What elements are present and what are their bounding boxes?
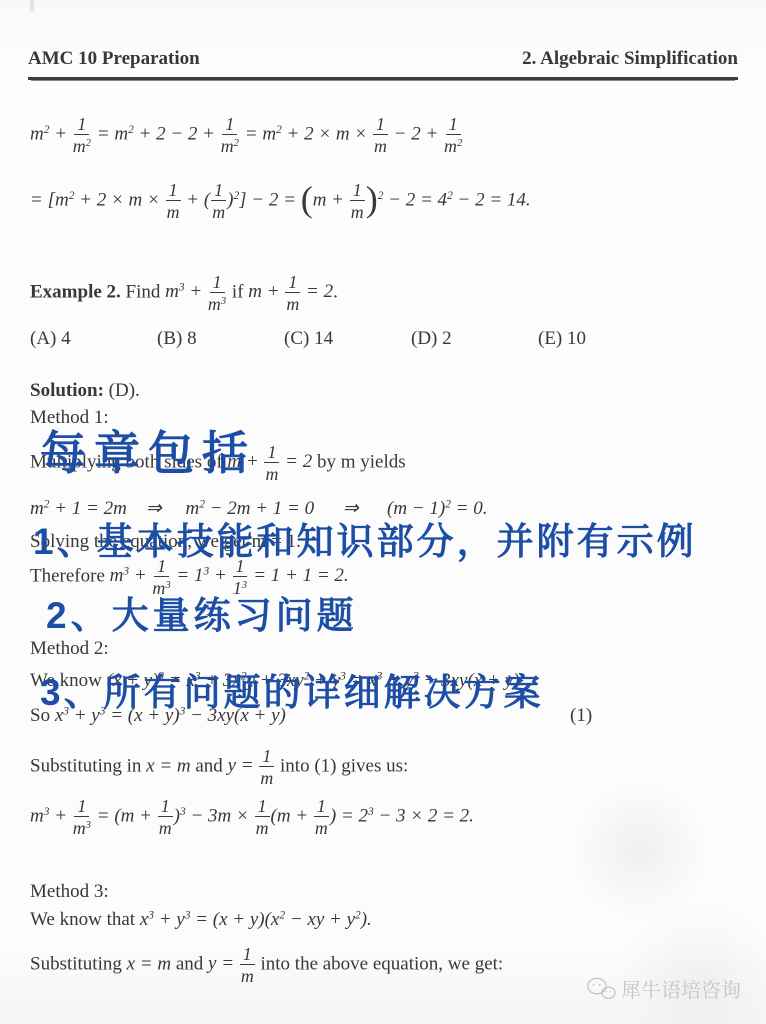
- example-if-word: if: [232, 281, 244, 302]
- subst1-pre: Substituting in: [30, 755, 141, 776]
- equation-ref-1: (1): [570, 705, 592, 727]
- subst2-and: and: [176, 953, 203, 974]
- solution-answer: (D).: [109, 380, 140, 401]
- example-condition: m + 1m = 2: [248, 281, 333, 302]
- method-3-title: Method 3:: [30, 881, 109, 903]
- therefore-equation: m3 + 1m3 = 13 + 113 = 1 + 1 = 2.: [110, 565, 349, 586]
- weknow3-word: We know that: [30, 909, 135, 930]
- overlay-item-1: 1、基本技能和知识部分，并附有示例: [33, 511, 697, 565]
- subst2-post: into the above equation, we get:: [260, 953, 503, 974]
- example-expression: m3 + 1m3: [165, 281, 227, 302]
- method-3-substituting-line: Substituting x = m and y = 1m into the a…: [30, 944, 503, 986]
- answer-choices-row: (A) 4 (B) 8 (C) 14 (D) 2 (E) 10: [30, 328, 665, 350]
- subst2-y-equals-frac: y = 1m: [208, 953, 256, 974]
- example-period: .: [333, 281, 338, 302]
- choice-d: (D) 2: [411, 328, 538, 350]
- overlay-item-2: 2、大量练习问题: [46, 585, 358, 639]
- example-find-word: Find: [126, 281, 161, 302]
- overlay-heading: 每章包括: [40, 417, 256, 483]
- solution-label: Solution:: [30, 380, 104, 401]
- method-2-final-equation: m3 + 1m3 = (m + 1m)3 − 3m × 1m(m + 1m) =…: [30, 796, 474, 838]
- method-2-substituting-line: Substituting in x = m and y = 1m into (1…: [30, 746, 408, 788]
- choice-a: (A) 4: [30, 328, 157, 350]
- example-label: Example 2.: [30, 281, 121, 302]
- multiply-text-post: by m yields: [317, 451, 406, 472]
- derivation-line-1: m2 + 1m2 = m2 + 2 − 2 + 1m2 = m2 + 2 × m…: [30, 114, 463, 156]
- wechat-bubbles-icon: [586, 976, 616, 1002]
- header-right-title: 2. Algebraic Simplification: [522, 48, 738, 70]
- subst1-y-equals-frac: y = 1m: [228, 755, 276, 776]
- therefore-word: Therefore: [30, 565, 105, 586]
- choice-e: (E) 10: [538, 328, 665, 350]
- derivation-line-2: = [m2 + 2 × m × 1m + (1m)2] − 2 = (m + 1…: [30, 180, 531, 222]
- subst1-post: into (1) gives us:: [280, 755, 408, 776]
- choice-b: (B) 8: [157, 328, 284, 350]
- example-2-statement: Example 2. Find m3 + 1m3 if m + 1m = 2.: [30, 272, 338, 314]
- watermark-label: 犀牛语培咨询: [621, 974, 741, 1003]
- solution-line: Solution: (D).: [30, 380, 140, 402]
- method-2-title: Method 2:: [30, 638, 109, 660]
- subst2-pre: Substituting: [30, 953, 122, 974]
- subst1-and: and: [195, 755, 222, 776]
- scanned-document-page: AMC 10 Preparation 2. Algebraic Simplifi…: [0, 0, 766, 1024]
- header-left-title: AMC 10 Preparation: [28, 48, 200, 70]
- subst2-x-equals-m: x = m: [127, 953, 171, 974]
- overlay-item-3: 3、所有问题的详细解决方案: [40, 662, 544, 716]
- choice-c: (C) 14: [284, 328, 411, 350]
- weknow3-identity: x3 + y3 = (x + y)(x2 − xy + y2).: [140, 909, 372, 930]
- wechat-watermark: 犀牛语培咨询: [586, 974, 741, 1003]
- subst1-x-equals-m: x = m: [146, 755, 190, 776]
- page-header: AMC 10 Preparation 2. Algebraic Simplifi…: [28, 48, 738, 80]
- method-3-weknow-line: We know that x3 + y3 = (x + y)(x2 − xy +…: [30, 909, 372, 931]
